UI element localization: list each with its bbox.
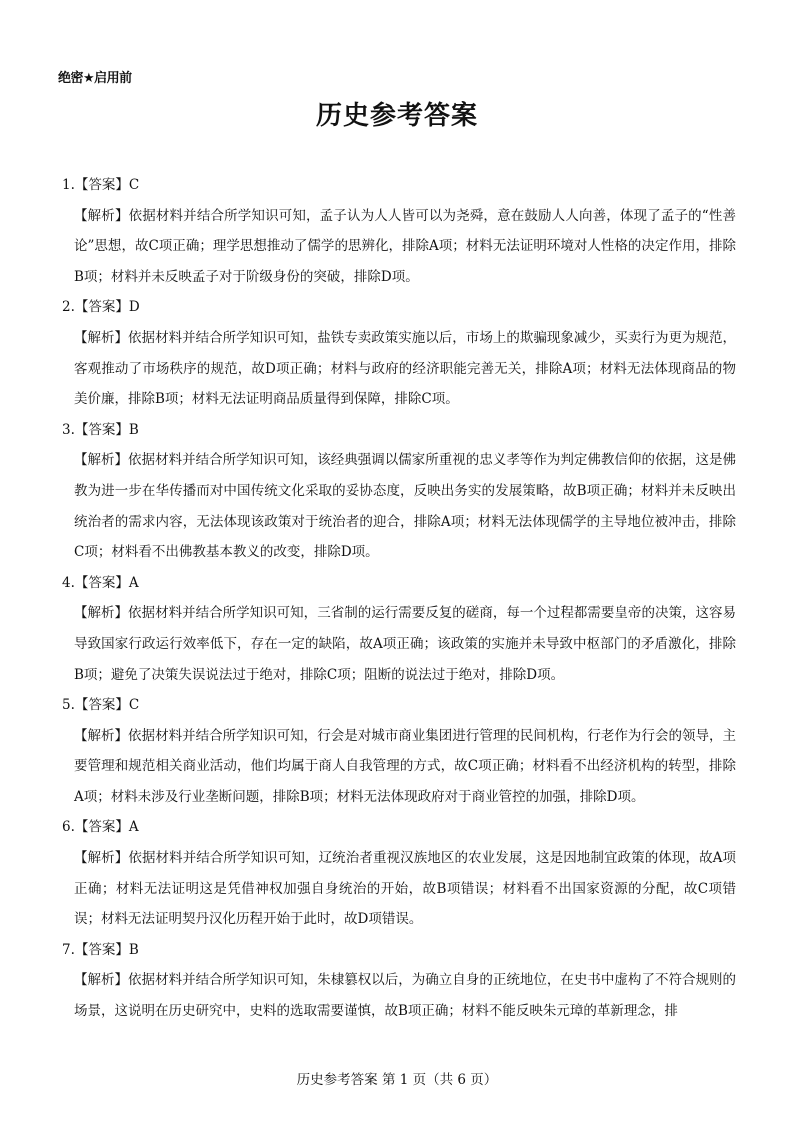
question-item: 4.【答案】A 【解析】依据材料并结合所学知识可知，三省制的运行需要反复的磋商，… <box>62 568 736 690</box>
explanation-text: 依据材料并结合所学知识可知，辽统治者重视汉族地区的农业发展，这是因地制宜政策的体… <box>74 850 736 927</box>
answer-label: 【答案】 <box>75 177 129 193</box>
question-number: 5. <box>62 697 75 713</box>
answer-line: 4.【答案】A <box>62 568 736 599</box>
explanation-label: 【解析】 <box>74 728 128 744</box>
answer-line: 5.【答案】C <box>62 690 736 721</box>
answer-line: 3.【答案】B <box>62 415 736 446</box>
answer-label: 【答案】 <box>75 299 129 315</box>
explanation-text: 依据材料并结合所学知识可知，盐铁专卖政策实施以后，市场上的欺骗现象减少，买卖行为… <box>74 330 736 407</box>
explanation: 【解析】依据材料并结合所学知识可知，三省制的运行需要反复的磋商，每一个过程都需要… <box>62 598 736 690</box>
question-item: 7.【答案】B 【解析】依据材料并结合所学知识可知，朱棣篡权以后，为确立自身的正… <box>62 935 736 1027</box>
question-item: 5.【答案】C 【解析】依据材料并结合所学知识可知，行会是对城市商业集团进行管理… <box>62 690 736 812</box>
answer-line: 2.【答案】D <box>62 292 736 323</box>
explanation: 【解析】依据材料并结合所学知识可知，朱棣篡权以后，为确立自身的正统地位，在史书中… <box>62 965 736 1026</box>
answer-label: 【答案】 <box>75 819 129 835</box>
explanation-text: 依据材料并结合所学知识可知，三省制的运行需要反复的磋商，每一个过程都需要皇帝的决… <box>74 605 736 682</box>
question-number: 3. <box>62 422 75 438</box>
page-footer: 历史参考答案 第 1 页（共 6 页） <box>0 1068 794 1088</box>
answer-line: 7.【答案】B <box>62 935 736 966</box>
explanation-label: 【解析】 <box>74 972 128 988</box>
explanation: 【解析】依据材料并结合所学知识可知，行会是对城市商业集团进行管理的民间机构，行老… <box>62 721 736 813</box>
explanation-label: 【解析】 <box>74 605 128 621</box>
question-item: 6.【答案】A 【解析】依据材料并结合所学知识可知，辽统治者重视汉族地区的农业发… <box>62 812 736 934</box>
explanation-label: 【解析】 <box>74 850 128 866</box>
answer-value: C <box>129 177 139 193</box>
question-number: 1. <box>62 177 75 193</box>
question-item: 3.【答案】B 【解析】依据材料并结合所学知识可知，该经典强调以儒家所重视的忠义… <box>62 415 736 568</box>
answer-label: 【答案】 <box>75 575 129 591</box>
answer-label: 【答案】 <box>75 942 129 958</box>
question-item: 2.【答案】D 【解析】依据材料并结合所学知识可知，盐铁专卖政策实施以后，市场上… <box>62 292 736 414</box>
answer-label: 【答案】 <box>75 697 129 713</box>
explanation: 【解析】依据材料并结合所学知识可知，孟子认为人人皆可以为尧舜，意在鼓励人人向善，… <box>62 201 736 293</box>
question-number: 4. <box>62 575 75 591</box>
question-number: 2. <box>62 299 75 315</box>
answer-line: 1.【答案】C <box>62 170 736 201</box>
answer-label: 【答案】 <box>75 422 129 438</box>
page-title: 历史参考答案 <box>0 95 794 132</box>
explanation: 【解析】依据材料并结合所学知识可知，辽统治者重视汉族地区的农业发展，这是因地制宜… <box>62 843 736 935</box>
question-item: 1.【答案】C 【解析】依据材料并结合所学知识可知，孟子认为人人皆可以为尧舜，意… <box>62 170 736 292</box>
explanation-text: 依据材料并结合所学知识可知，该经典强调以儒家所重视的忠义孝等作为判定佛教信仰的依… <box>74 452 736 560</box>
explanation: 【解析】依据材料并结合所学知识可知，盐铁专卖政策实施以后，市场上的欺骗现象减少，… <box>62 323 736 415</box>
question-number: 7. <box>62 942 75 958</box>
confidential-label: 绝密★启用前 <box>58 67 132 86</box>
answer-value: B <box>129 422 139 438</box>
explanation: 【解析】依据材料并结合所学知识可知，该经典强调以儒家所重视的忠义孝等作为判定佛教… <box>62 445 736 567</box>
answer-line: 6.【答案】A <box>62 812 736 843</box>
explanation-text: 依据材料并结合所学知识可知，孟子认为人人皆可以为尧舜，意在鼓励人人向善，体现了孟… <box>74 208 736 285</box>
answer-value: D <box>129 299 140 315</box>
explanation-label: 【解析】 <box>74 330 128 346</box>
answer-value: B <box>129 942 139 958</box>
explanation-text: 依据材料并结合所学知识可知，朱棣篡权以后，为确立自身的正统地位，在史书中虚构了不… <box>74 972 736 1019</box>
answer-list: 1.【答案】C 【解析】依据材料并结合所学知识可知，孟子认为人人皆可以为尧舜，意… <box>62 170 736 1027</box>
answer-value: C <box>129 697 139 713</box>
explanation-label: 【解析】 <box>74 452 128 468</box>
explanation-label: 【解析】 <box>74 208 129 224</box>
answer-value: A <box>129 575 139 591</box>
answer-value: A <box>129 819 139 835</box>
question-number: 6. <box>62 819 75 835</box>
explanation-text: 依据材料并结合所学知识可知，行会是对城市商业集团进行管理的民间机构，行老作为行会… <box>74 728 736 805</box>
